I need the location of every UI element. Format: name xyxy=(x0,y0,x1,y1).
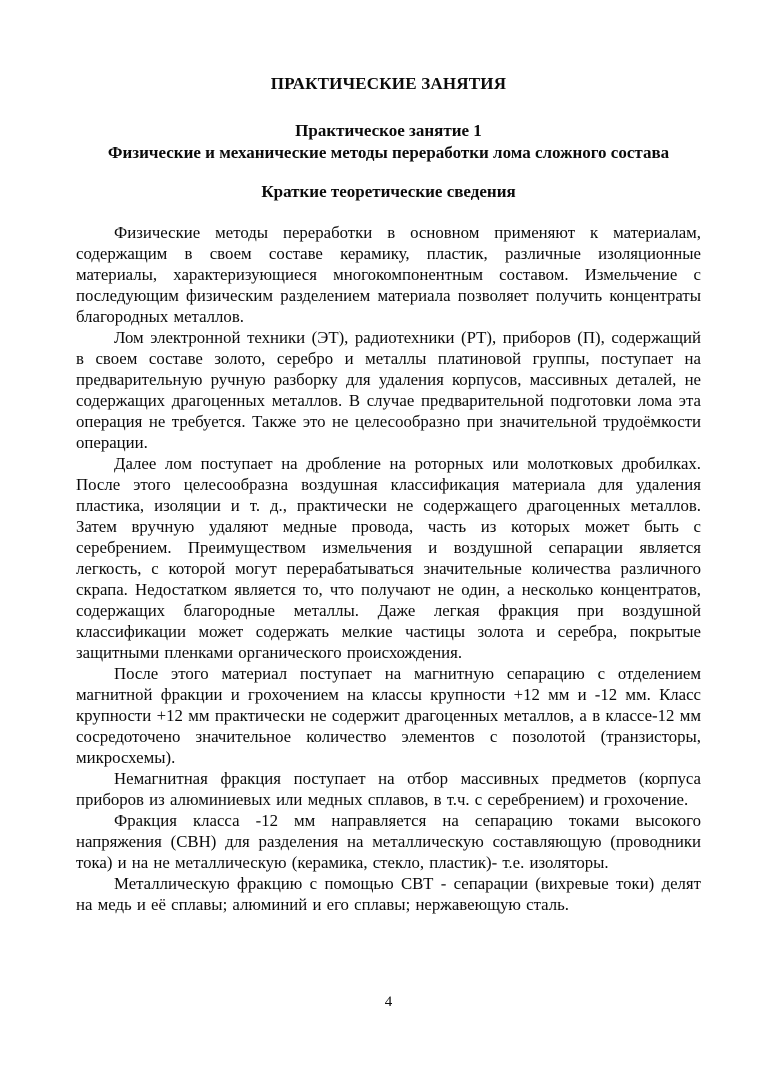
lesson-heading: Практическое занятие 1 xyxy=(76,120,701,142)
lesson-subtitle: Физические и механические методы перераб… xyxy=(76,142,701,164)
paragraph-scrap-types: Лом электронной техники (ЭТ), радиотехни… xyxy=(76,327,701,453)
document-title: ПРАКТИЧЕСКИЕ ЗАНЯТИЯ xyxy=(76,73,701,94)
paragraph-nonmagnetic-fraction: Немагнитная фракция поступает на отбор м… xyxy=(76,768,701,810)
paragraph-crushing-classification: Далее лом поступает на дробление на рото… xyxy=(76,453,701,663)
document-page: ПРАКТИЧЕСКИЕ ЗАНЯТИЯ Практическое заняти… xyxy=(0,0,763,1080)
body-text: Физические методы переработки в основном… xyxy=(76,222,701,915)
section-heading: Краткие теоретические сведения xyxy=(76,181,701,203)
paragraph-physical-methods: Физические методы переработки в основном… xyxy=(76,222,701,327)
paragraph-magnetic-separation: После этого материал поступает на магнит… xyxy=(76,663,701,768)
page-number: 4 xyxy=(76,994,701,1011)
paragraph-high-voltage-separation: Фракция класса -12 мм направляется на се… xyxy=(76,810,701,873)
paragraph-eddy-current-separation: Металлическую фракцию с помощью СВТ - се… xyxy=(76,873,701,915)
